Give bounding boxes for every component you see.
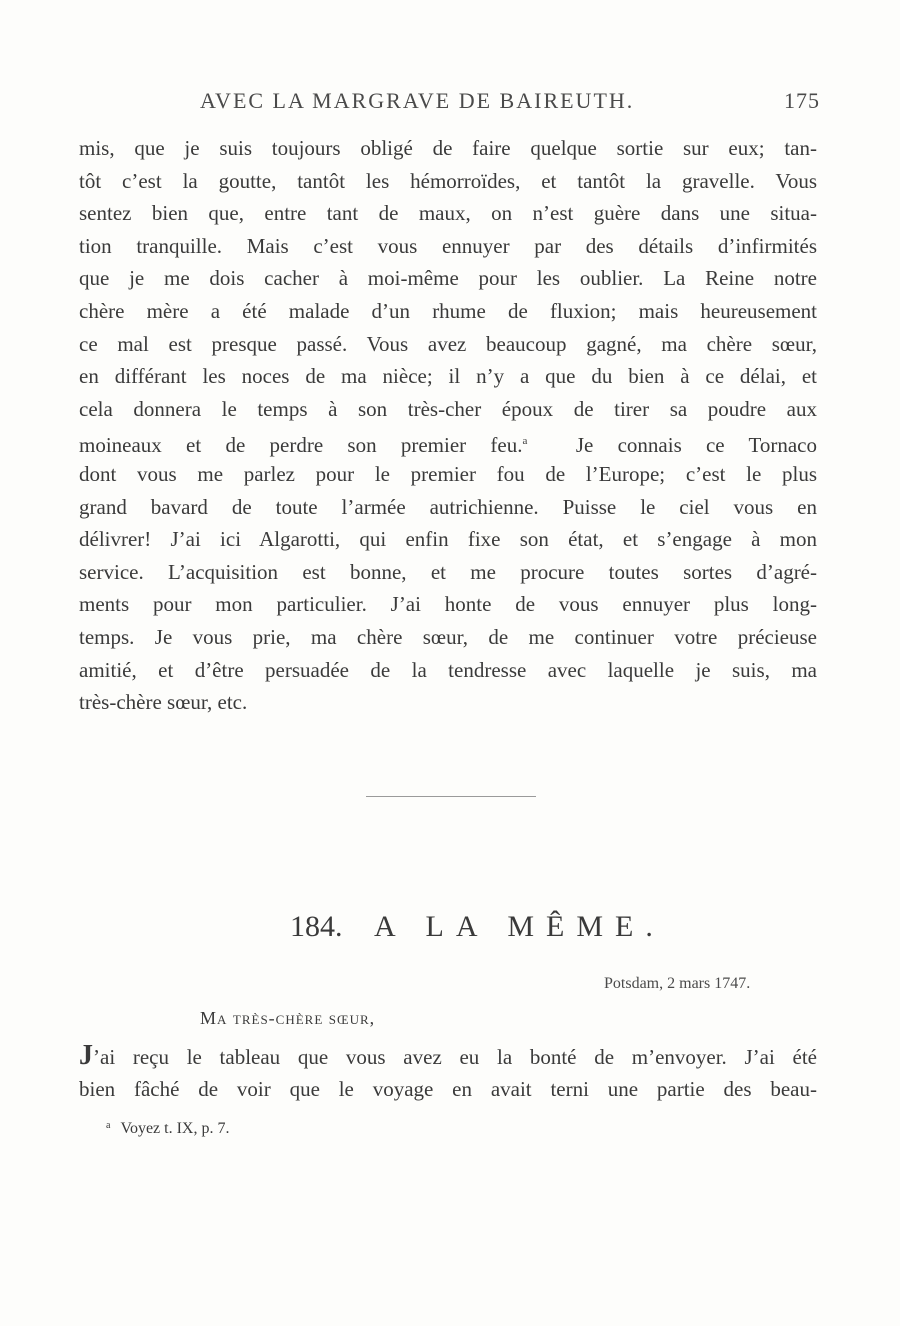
letter-title: A LA MÊME. — [374, 910, 665, 943]
salutation: Ma très-chère sœur, — [200, 1008, 375, 1029]
footnote-reference[interactable]: a — [522, 435, 527, 447]
text-segment: Je connais ce Tornaco — [576, 433, 817, 457]
text-line: temps. Je vous prie, ma chère sœur, de m… — [79, 621, 817, 654]
text-line: en différant les noces de ma nièce; il n… — [79, 360, 817, 393]
text-segment: moineaux et de perdre son premier feu. — [79, 433, 522, 457]
text-line: grand bavard de toute l’armée autrichien… — [79, 491, 817, 524]
dateline: Potsdam, 2 mars 1747. — [604, 975, 750, 993]
section-divider — [366, 796, 536, 797]
text-line: tion tranquille. Mais c’est vous ennuyer… — [79, 230, 817, 263]
previous-letter-text: mis, que je suis toujours obligé de fair… — [79, 132, 817, 719]
letter-number: 184. — [290, 910, 343, 943]
text-line: délivrer! J’ai ici Algarotti, qui enfin … — [79, 523, 817, 556]
text-line: tôt c’est la goutte, tantôt les hémorroï… — [79, 165, 817, 198]
letter-body: J’ai reçu le tableau que vous avez eu la… — [79, 1040, 817, 1105]
text-line: que je me dois cacher à moi-même pour le… — [79, 262, 817, 295]
letter-heading: 184. A LA MÊME. — [290, 910, 665, 944]
text-line: chère mère a été malade d’un rhume de fl… — [79, 295, 817, 328]
text-line-with-footnote: moineaux et de perdre son premier feu.a … — [79, 425, 817, 458]
text-line-with-dropcap: J’ai reçu le tableau que vous avez eu la… — [79, 1040, 817, 1073]
text-segment: ’ai reçu le tableau que vous avez eu la … — [93, 1045, 817, 1069]
page-number: 175 — [784, 88, 820, 114]
text-line: amitié, et d’être persuadée de la tendre… — [79, 654, 817, 687]
text-line: ce mal est presque passé. Vous avez beau… — [79, 328, 817, 361]
text-line: service. L’acquisition est bonne, et me … — [79, 556, 817, 589]
text-line: mis, que je suis toujours obligé de fair… — [79, 132, 817, 165]
footnote-mark: a — [106, 1120, 110, 1131]
text-line: bien fâché de voir que le voyage en avai… — [79, 1073, 817, 1106]
text-line: sentez bien que, entre tant de maux, on … — [79, 197, 817, 230]
text-line: très-chère sœur, etc. — [79, 686, 817, 719]
text-line: dont vous me parlez pour le premier fou … — [79, 458, 817, 491]
footnote: aVoyez t. IX, p. 7. — [106, 1120, 229, 1138]
running-title: AVEC LA MARGRAVE DE BAIREUTH. — [200, 88, 634, 114]
text-line: cela donnera le temps à son très-cher ép… — [79, 393, 817, 426]
footnote-text: Voyez t. IX, p. 7. — [120, 1120, 229, 1137]
drop-cap: J — [79, 1040, 93, 1071]
text-line: ments pour mon particulier. J’ai honte d… — [79, 588, 817, 621]
